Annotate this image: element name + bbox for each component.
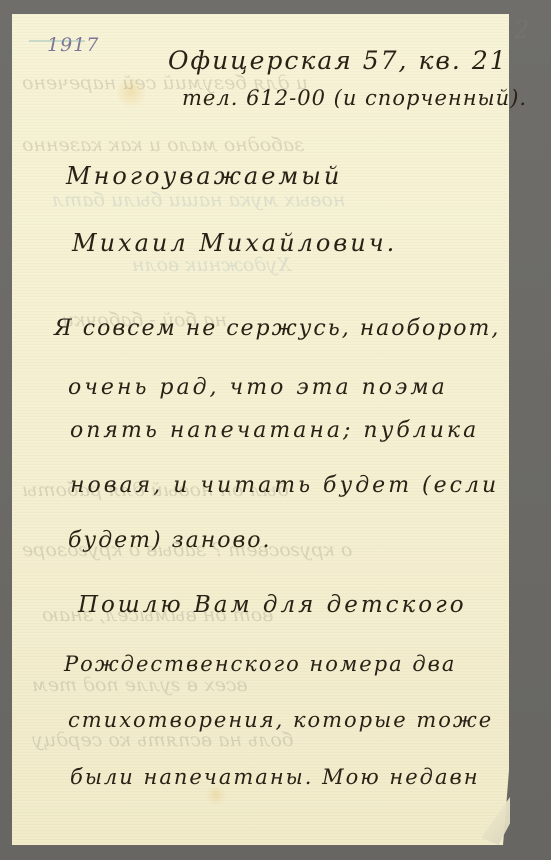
address-line-2: тел. 612-00 (и спорченный).	[182, 86, 527, 110]
salutation-line-1: Многоуважаемый	[66, 162, 342, 190]
bleed-through-text: забодно мало и как казенно	[22, 134, 305, 156]
body-line: Рождественского номера два	[64, 652, 456, 676]
bleed-through-text: новых мука наши были батл	[52, 189, 345, 211]
address-line-1: Офицерская 57, кв. 21	[168, 46, 508, 75]
salutation-line-2: Михаил Михайлович.	[72, 229, 397, 257]
body-line: Я совсем не сержусь, наоборот,	[54, 316, 500, 341]
archive-year-mark: 1917	[47, 34, 99, 56]
page-number: 2	[514, 16, 529, 44]
bleed-through-text: всех в гулле под тем	[32, 674, 248, 696]
body-line: новая, и читать будет (если	[70, 473, 499, 498]
bleed-through-text: Художник волн	[132, 254, 291, 276]
body-line: очень рад, что эта поэма	[68, 375, 448, 400]
bleed-through-text: боль на вспять ко сердцу	[32, 729, 294, 751]
body-line: стихотворения, которые тоже	[68, 708, 493, 732]
body-line: Пошлю Вам для детского	[78, 592, 467, 618]
body-line: будет) заново.	[68, 528, 271, 553]
body-line: опять напечатана; публика	[70, 418, 479, 443]
body-line: были напечатаны. Мою недавн	[70, 765, 480, 789]
